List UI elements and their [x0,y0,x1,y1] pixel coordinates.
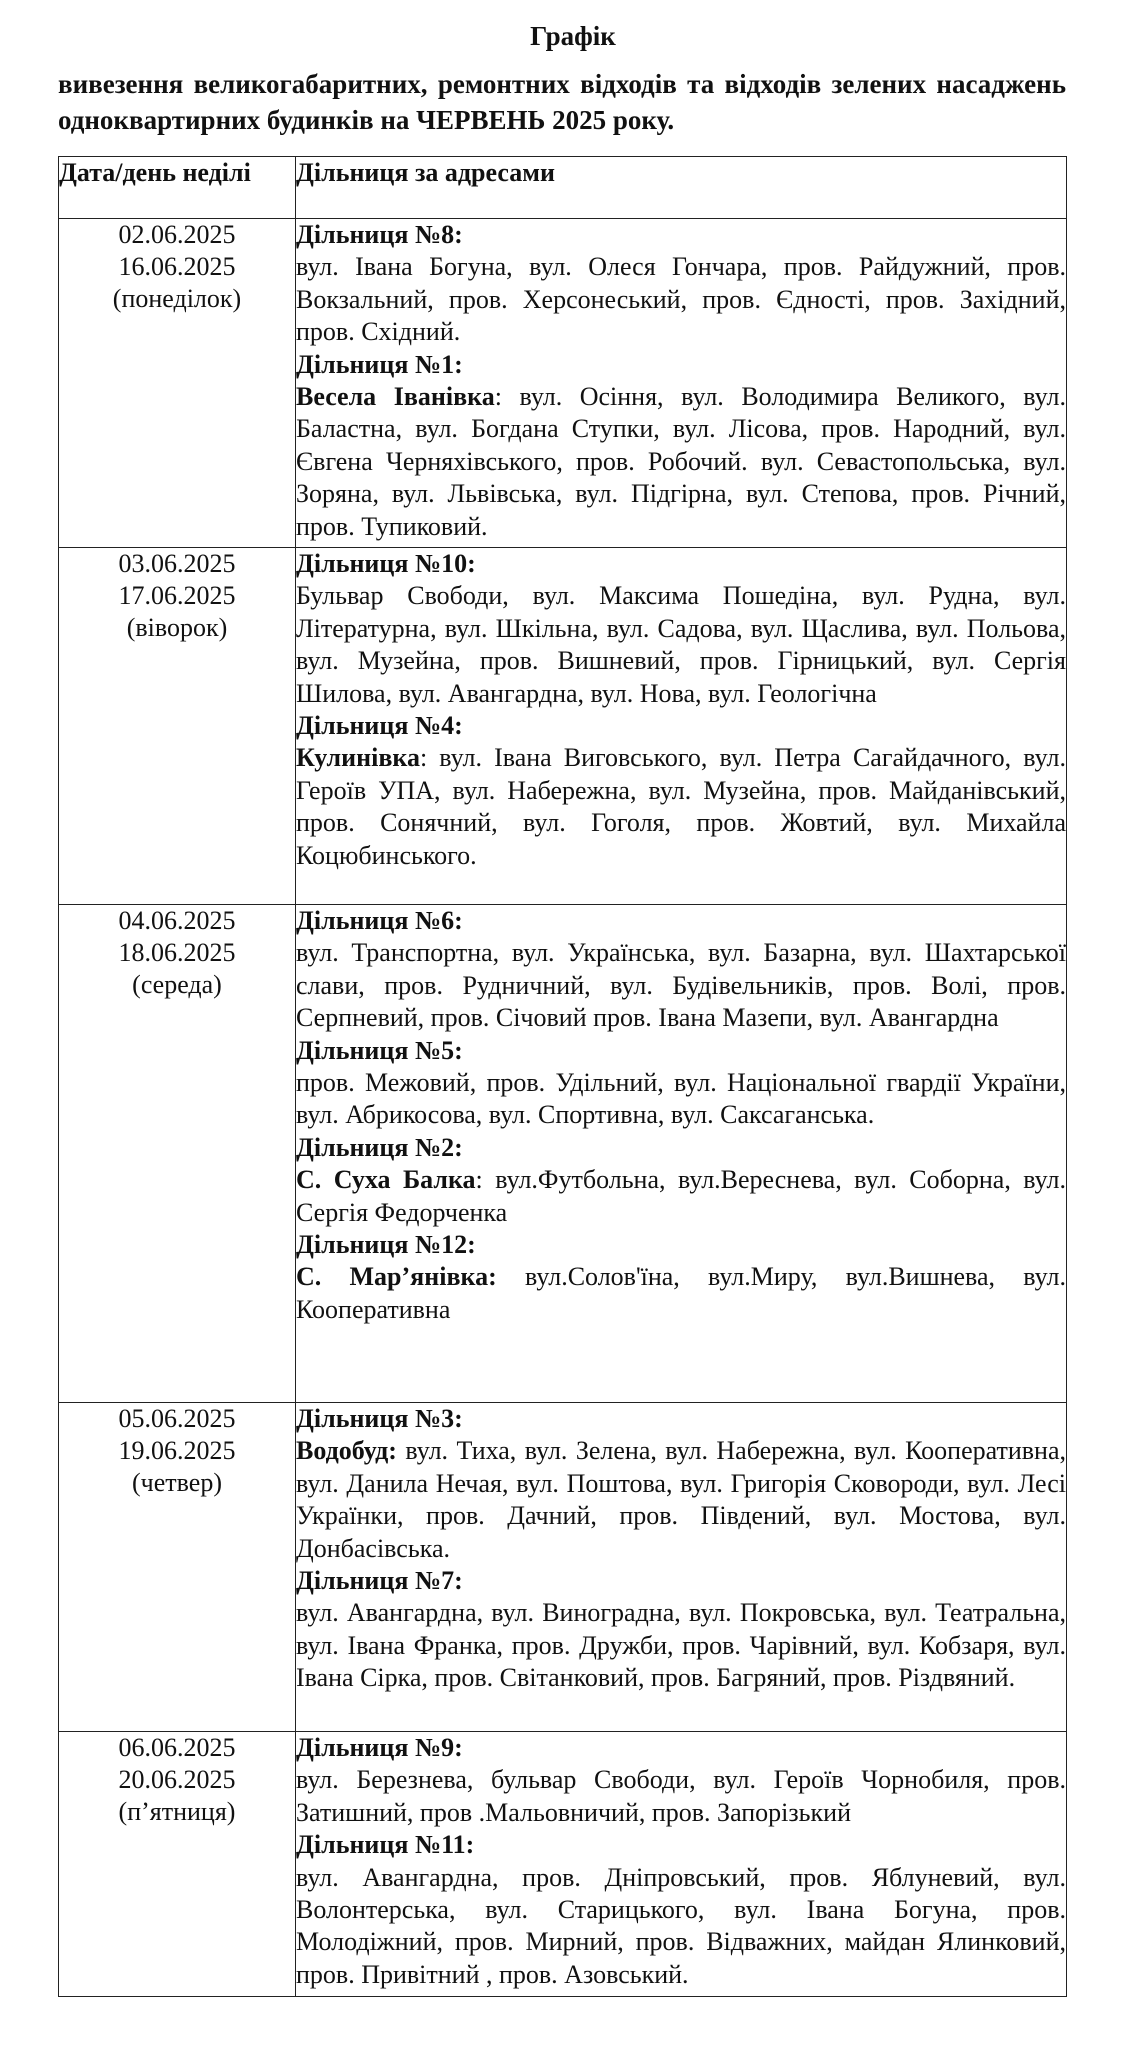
district-title: Дільниця №6: [296,905,1066,937]
district-title: Дільниця №8: [296,219,1066,251]
district-streets: Весела Іванівка: вул. Осіння, вул. Волод… [296,381,1066,543]
date-1: 06.06.2025 [59,1732,295,1764]
street-list: вул. Березнева, бульвар Свободи, вул. Ге… [296,1765,1066,1826]
document-title: Графік [0,18,1146,54]
weekday: (п’ятниця) [59,1796,295,1828]
date-cell: 04.06.2025 18.06.2025 (середа) [59,905,296,1403]
street-list: вул. Авангардна, вул. Виноградна, вул. П… [296,1598,1066,1692]
address-cell: Дільниця №9: вул. Березнева, бульвар Сво… [296,1732,1067,1997]
street-list: вул. Тиха, вул. Зелена, вул. Набережна, … [296,1436,1066,1562]
locality-name: С. Мар’янівка: [296,1262,497,1291]
date-cell: 02.06.2025 16.06.2025 (понеділок) [59,219,296,548]
locality-name: С. Суха Балка [296,1165,476,1194]
date-2: 16.06.2025 [59,251,295,283]
table-row: 05.06.2025 19.06.2025 (четвер) Дільниця … [59,1403,1067,1732]
date-cell: 05.06.2025 19.06.2025 (четвер) [59,1403,296,1732]
weekday: (четвер) [59,1467,295,1499]
date-cell: 06.06.2025 20.06.2025 (п’ятниця) [59,1732,296,1997]
district-title: Дільниця №3: [296,1403,1066,1435]
district-title: Дільниця №10: [296,548,1066,580]
schedule-table: Дата/день неділі Дільниця за адресами 02… [58,156,1067,1997]
locality-name: Кулинівка [296,743,420,772]
street-list: пров. Межовий, пров. Удільний, вул. Наці… [296,1068,1066,1129]
street-list: вул. Транспортна, вул. Українська, вул. … [296,938,1066,1032]
district-streets: С. Мар’янівка: вул.Солов'їна, вул.Миру, … [296,1261,1066,1326]
street-list: Бульвар Свободи, вул. Максима Пошедіна, … [296,581,1066,707]
address-cell: Дільниця №6: вул. Транспортна, вул. Укра… [296,905,1067,1403]
date-1: 02.06.2025 [59,219,295,251]
date-1: 04.06.2025 [59,905,295,937]
locality-name: Водобуд: [296,1436,397,1465]
date-2: 18.06.2025 [59,937,295,969]
table-row: 03.06.2025 17.06.2025 (віворок) Дільниця… [59,548,1067,905]
street-list: вул. Авангардна, пров. Дніпровський, про… [296,1863,1066,1989]
district-streets: Кулинівка: вул. Івана Виговського, вул. … [296,742,1066,872]
district-streets: пров. Межовий, пров. Удільний, вул. Наці… [296,1067,1066,1132]
district-title: Дільниця №11: [296,1829,1066,1861]
table-row: 06.06.2025 20.06.2025 (п’ятниця) Дільниц… [59,1732,1067,1997]
district-title: Дільниця №1: [296,349,1066,381]
weekday: (середа) [59,969,295,1001]
date-2: 17.06.2025 [59,580,295,612]
table-row: 02.06.2025 16.06.2025 (понеділок) Дільни… [59,219,1067,548]
header-district-addresses: Дільниця за адресами [296,157,1067,219]
street-list: вул. Івана Богуна, вул. Олеся Гончара, п… [296,252,1066,346]
address-cell: Дільниця №8: вул. Івана Богуна, вул. Оле… [296,219,1067,548]
weekday: (понеділок) [59,283,295,315]
district-title: Дільниця №5: [296,1035,1066,1067]
district-streets: Бульвар Свободи, вул. Максима Пошедіна, … [296,580,1066,710]
date-1: 05.06.2025 [59,1403,295,1435]
district-streets: Водобуд: вул. Тиха, вул. Зелена, вул. На… [296,1435,1066,1565]
locality-name: Весела Іванівка [296,382,495,411]
date-2: 19.06.2025 [59,1435,295,1467]
document-subtitle: вивезення великогабаритних, ремонтних ві… [58,66,1066,138]
district-streets: вул. Івана Богуна, вул. Олеся Гончара, п… [296,251,1066,348]
district-streets: С. Суха Балка: вул.Футбольна, вул.Вересн… [296,1164,1066,1229]
district-title: Дільниця №7: [296,1565,1066,1597]
weekday: (віворок) [59,612,295,644]
district-streets: вул. Березнева, бульвар Свободи, вул. Ге… [296,1764,1066,1829]
header-date-weekday: Дата/день неділі [59,157,296,219]
district-title: Дільниця №9: [296,1732,1066,1764]
table-row: 04.06.2025 18.06.2025 (середа) Дільниця … [59,905,1067,1403]
district-title: Дільниця №12: [296,1229,1066,1261]
date-1: 03.06.2025 [59,548,295,580]
date-cell: 03.06.2025 17.06.2025 (віворок) [59,548,296,905]
district-title: Дільниця №4: [296,710,1066,742]
district-streets: вул. Авангардна, пров. Дніпровський, про… [296,1862,1066,1992]
district-streets: вул. Авангардна, вул. Виноградна, вул. П… [296,1597,1066,1694]
district-streets: вул. Транспортна, вул. Українська, вул. … [296,937,1066,1034]
table-header-row: Дата/день неділі Дільниця за адресами [59,157,1067,219]
date-2: 20.06.2025 [59,1764,295,1796]
district-title: Дільниця №2: [296,1132,1066,1164]
address-cell: Дільниця №10: Бульвар Свободи, вул. Макс… [296,548,1067,905]
address-cell: Дільниця №3: Водобуд: вул. Тиха, вул. Зе… [296,1403,1067,1732]
